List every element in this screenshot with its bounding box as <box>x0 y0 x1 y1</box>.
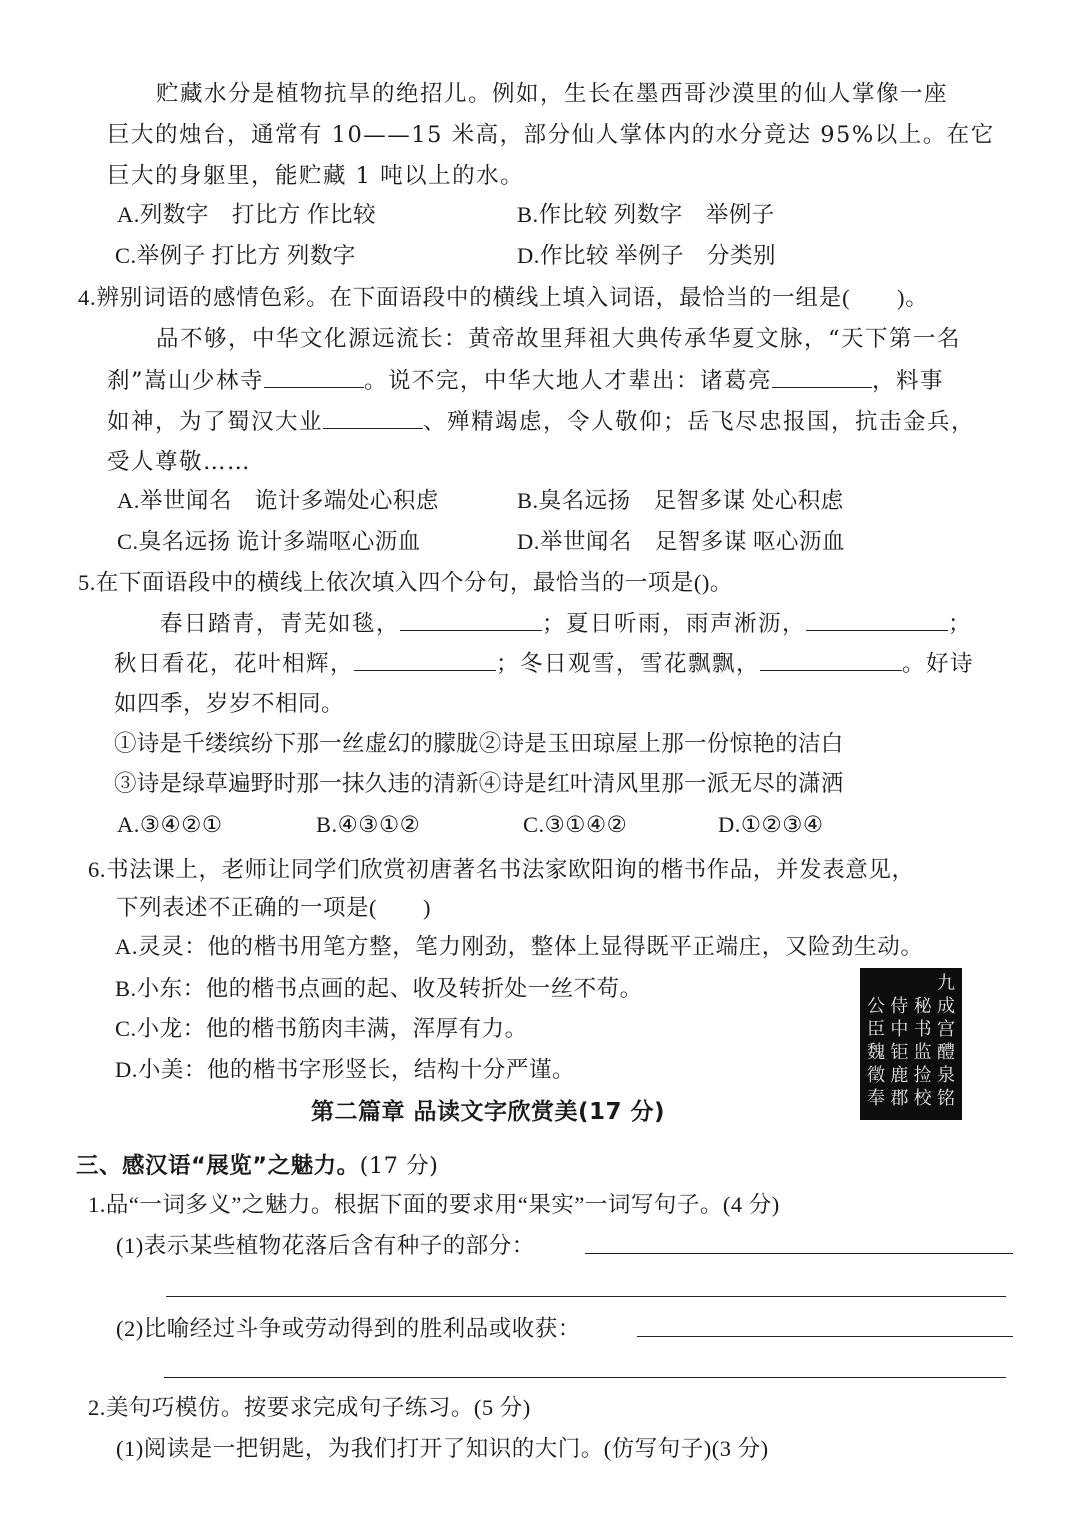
fill-blank-1[interactable] <box>264 365 364 388</box>
question-5-stem: 5.在下面语段中的横线上依次填入四个分句，最恰当的一项是()。 <box>78 568 733 598</box>
passage-text: 如神，为了蜀汉大业 <box>107 409 323 435</box>
option-b: B.小东：他的楷书点画的起、收及转折处一丝不苟。 <box>115 974 643 1004</box>
passage-line: 如神，为了蜀汉大业、殚精竭虑，令人敬仰；岳飞尽忠报国，抗击金兵， <box>107 406 975 437</box>
chapter-title: 第二篇章 品读文字欣赏美(17 分) <box>0 1097 1028 1127</box>
passage-text: 刹”嵩山少林寺 <box>107 368 264 394</box>
fill-blank-2[interactable] <box>806 608 948 631</box>
passage-text: 。好诗 <box>902 651 974 677</box>
passage-text: 春日踏青，青芜如毯， <box>160 611 400 637</box>
passage-text: ；夏日听雨，雨声淅沥， <box>542 611 806 637</box>
passage-text: 秋日看花，花叶相辉， <box>114 651 354 677</box>
answer-line[interactable] <box>164 1377 1006 1378</box>
passage-line: 巨大的烛台，通常有 10——15 米高，部分仙人掌体内的水分竟达 95%以上。在… <box>107 120 995 150</box>
answer-line[interactable] <box>585 1253 1013 1254</box>
passage-line: 品不够，中华文化源远流长：黄帝故里拜祖大典传承华夏文脉，“天下第一名 <box>156 324 961 354</box>
option-d: D.举世闻名 足智多谋 呕心沥血 <box>517 527 845 557</box>
option-c: C.小龙：他的楷书筋肉丰满，浑厚有力。 <box>115 1014 528 1044</box>
section-title-text: 三、感汉语“展览”之魅力。 <box>76 1153 360 1179</box>
question-6-stem: 6.书法课上，老师让同学们欣赏初唐著名书法家欧阳询的楷书作品，并发表意见， <box>88 855 915 885</box>
option-d: D.①②③④ <box>718 810 824 840</box>
option-a: A.举世闻名 诡计多端处心积虑 <box>117 486 439 516</box>
option-a: A.列数字 打比方 作比较 <box>117 200 376 230</box>
question-4-stem: 4.辨别词语的感情色彩。在下面语段中的横线上填入词语，最恰当的一组是( )。 <box>78 283 929 313</box>
calligraphy-column: 九成宫醴泉铭 <box>936 972 956 1116</box>
option-d: D.作比较 举例子 分类别 <box>517 241 776 271</box>
option-d: D.小美：他的楷书字形竖长，结构十分严谨。 <box>115 1055 575 1085</box>
passage-text: ； <box>948 611 972 637</box>
fill-blank-2[interactable] <box>772 365 872 388</box>
section-title: 三、感汉语“展览”之魅力。(17 分) <box>76 1151 438 1181</box>
answer-line[interactable] <box>166 1296 1006 1297</box>
passage-line: 如四季，岁岁不相同。 <box>114 689 344 719</box>
question-1-stem: 1.品“一词多义”之魅力。根据下面的要求用“果实”一词写句子。(4 分) <box>88 1190 780 1220</box>
fill-blank-3[interactable] <box>354 648 496 671</box>
option-c: C.举例子 打比方 列数字 <box>115 241 356 271</box>
option-b: B.作比较 列数字 举例子 <box>517 200 775 230</box>
passage-text: 。说不完，中华大地人才辈出：诸葛亮 <box>364 368 772 394</box>
exam-page: 贮藏水分是植物抗旱的绝招儿。例如，生长在墨西哥沙漠里的仙人掌像一座 巨大的烛台，… <box>0 0 1080 1526</box>
answer-line[interactable] <box>637 1336 1013 1337</box>
passage-line: 刹”嵩山少林寺。说不完，中华大地人才辈出：诸葛亮，料事 <box>107 365 944 396</box>
option-c: C.臭名远扬 诡计多端呕心沥血 <box>117 527 421 557</box>
calligraphy-column: 公臣魏徵奉 <box>866 972 886 1116</box>
section-points: (17 分) <box>360 1153 439 1179</box>
passage-text: ，料事 <box>872 368 944 394</box>
question-6-stem: 下列表述不正确的一项是( ) <box>116 893 431 923</box>
passage-line: 春日踏青，青芜如毯，；夏日听雨，雨声淅沥，； <box>160 608 972 639</box>
clause-list: ①诗是千缕缤纷下那一丝虚幻的朦胧②诗是玉田琼屋上那一份惊艳的洁白 <box>114 729 844 759</box>
passage-line: 受人尊敬…… <box>107 447 251 477</box>
option-a: A.灵灵：他的楷书用笔方整，笔力刚劲，整体上显得既平正端庄，又险劲生动。 <box>115 932 923 962</box>
passage-text: 、殚精竭虑，令人敬仰；岳飞尽忠报国，抗击金兵， <box>423 409 975 435</box>
sub-question-2: (2)比喻经过斗争或劳动得到的胜利品或收获： <box>116 1314 581 1344</box>
option-b: B.臭名远扬 足智多谋 处心积虑 <box>517 486 844 516</box>
option-b: B.④③①② <box>316 810 420 840</box>
sub-question-1: (1)表示某些植物花落后含有种子的部分： <box>116 1231 535 1261</box>
question-2-stem: 2.美句巧模仿。按要求完成句子练习。(5 分) <box>88 1393 531 1423</box>
fill-blank-1[interactable] <box>400 608 542 631</box>
sub-question-1: (1)阅读是一把钥匙，为我们打开了知识的大门。(仿写句子)(3 分) <box>116 1434 769 1464</box>
calligraphy-column: 侍中钜鹿郡 <box>889 972 909 1116</box>
passage-line: 贮藏水分是植物抗旱的绝招儿。例如，生长在墨西哥沙漠里的仙人掌像一座 <box>156 79 948 109</box>
fill-blank-3[interactable] <box>323 406 423 429</box>
passage-line: 秋日看花，花叶相辉，；冬日观雪，雪花飘飘，。好诗 <box>114 648 974 679</box>
passage-line: 巨大的身躯里，能贮藏 1 吨以上的水。 <box>107 161 524 191</box>
fill-blank-4[interactable] <box>760 648 902 671</box>
clause-list: ③诗是绿草遍野时那一抹久违的清新④诗是红叶清风里那一派无尽的潇洒 <box>114 769 844 799</box>
calligraphy-column: 秘书监捡校 <box>913 972 933 1116</box>
option-a: A.③④②① <box>117 810 223 840</box>
passage-text: ；冬日观雪，雪花飘飘， <box>496 651 760 677</box>
option-c: C.③①④② <box>523 810 627 840</box>
